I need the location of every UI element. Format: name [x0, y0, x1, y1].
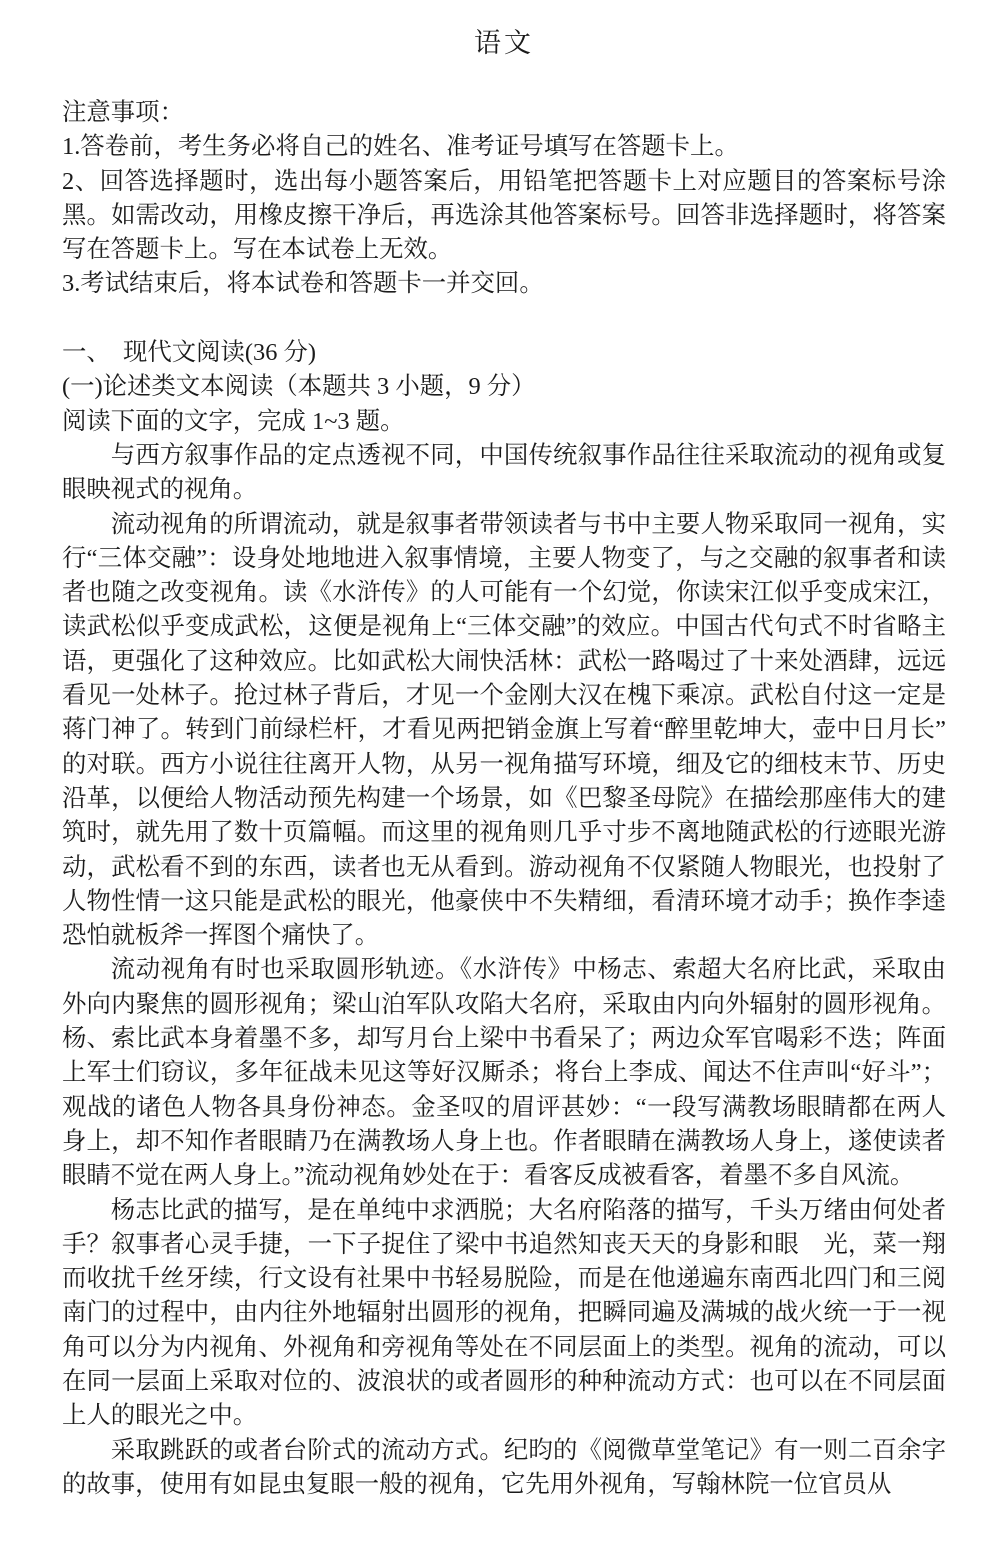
passage-paragraph: 与西方叙事作品的定点透视不同，中国传统叙事作品往往采取流动的视角或复眼映视式的视… — [62, 439, 946, 508]
passage-paragraph: 杨志比武的描写，是在单纯中求洒脱；大名府陷落的描写，千头万绪由何处者手？叙事者心… — [62, 1194, 946, 1434]
passage-paragraph: 流动视角有时也采取圆形轨迹。《水浒传》中杨志、索超大名府比武，采取由外向内聚焦的… — [62, 953, 946, 1193]
passage-paragraph: 流动视角的所谓流动，就是叙事者带领读者与书中主要人物采取同一视角，实行“三体交融… — [62, 508, 946, 954]
notice-item: 2、回答选择题时，选出每小题答案后，用铅笔把答题卡上对应题目的答案标号涂黑。如需… — [62, 165, 946, 268]
section-heading: 一、 现代文阅读(36 分) — [62, 336, 946, 370]
notice-list: 1.答卷前，考生务必将自己的姓名、准考证号填写在答题卡上。2、回答选择题时，选出… — [62, 130, 946, 301]
passage-paragraph: 采取跳跃的或者台阶式的流动方式。纪昀的《阅微草堂笔记》有一则二百余字的故事，使用… — [62, 1434, 946, 1503]
notice-heading: 注意事项： — [62, 96, 946, 130]
notice-item: 3.考试结束后，将本试卷和答题卡一并交回。 — [62, 267, 946, 301]
passage: 与西方叙事作品的定点透视不同，中国传统叙事作品往往采取流动的视角或复眼映视式的视… — [62, 439, 946, 1502]
section-subheading: (一)论述类文本阅读（本题共 3 小题，9 分） — [62, 370, 946, 404]
section-instruction: 阅读下面的文字，完成 1~3 题。 — [62, 405, 946, 439]
exam-page: 语文 注意事项： 1.答卷前，考生务必将自己的姓名、准考证号填写在答题卡上。2、… — [0, 0, 1008, 1544]
notice-item: 1.答卷前，考生务必将自己的姓名、准考证号填写在答题卡上。 — [62, 130, 946, 164]
page-title: 语文 — [0, 0, 1008, 61]
document-body: 注意事项： 1.答卷前，考生务必将自己的姓名、准考证号填写在答题卡上。2、回答选… — [62, 96, 946, 1502]
